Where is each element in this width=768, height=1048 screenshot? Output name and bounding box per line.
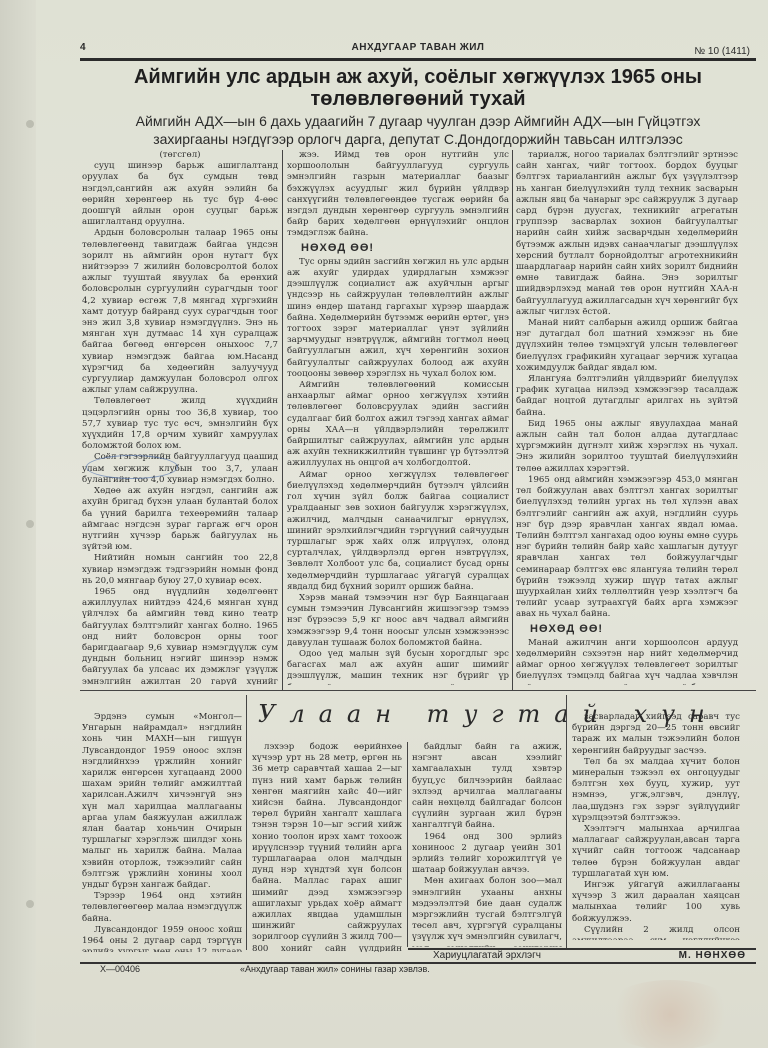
- subhead-line: Аймгийн АДХ—ын 6 дахь удаагийн 7 дугаар …: [80, 112, 756, 130]
- column-divider: [282, 150, 283, 690]
- paragraph: засварладаг хийгээд саравч тус бүрийн дэ…: [572, 712, 740, 757]
- paragraph: 1964 онд 300 эрлийз хониноос 2 дугаар үе…: [412, 832, 562, 877]
- paragraph: тариалж, ногоо тариалах бэлтгэлийг эртнэ…: [516, 150, 738, 318]
- headline-line: Аймгийн улс ардын аж ахуй, соёлыг хөгжүү…: [80, 66, 756, 88]
- paragraph: Ардын боловсролын талаар 1965 оны төлөвл…: [82, 228, 278, 396]
- paragraph: Хээлтэгч малынхаа арчилгаа маллагааг сай…: [572, 824, 740, 880]
- paragraph: Ялангуяа бэлтгэлийн үйлдвэрийг биелүүлэх…: [516, 374, 738, 419]
- paragraph: Хэрэв манай тэмээчин нэг бүр Баянцагаан …: [287, 593, 509, 649]
- story-column-4: засварладаг хийгээд саравч тус бүрийн дэ…: [572, 712, 740, 940]
- paragraph: Одоо үед малын зүй бусын хорогдлыг эрс б…: [287, 649, 509, 685]
- column-divider: [407, 742, 408, 947]
- ink-mark: [86, 455, 178, 479]
- binding-hole: [26, 120, 34, 128]
- headline-line: төлөвлөгөөний тухай: [80, 88, 756, 110]
- paragraph: Аймаг орноо хөгжүүлэх төлөвлөгөөг биелүү…: [287, 470, 509, 593]
- paper-stain: [600, 980, 740, 1048]
- paragraph: сууц шинээр барьж ашиглалтанд оруулах ба…: [82, 161, 278, 228]
- section-heading: НӨХӨД ӨӨ!: [301, 243, 509, 254]
- column-divider: [566, 695, 567, 950]
- article-column-1: (төгсгөл) сууц шинээр барьж ашиглалтанд …: [82, 150, 278, 685]
- binding-hole: [26, 520, 34, 528]
- paragraph: Төл ба эх малдаа хүчит болон минералын т…: [572, 757, 740, 824]
- paragraph: 1965 онд аймгийн хэмжээгээр 453,0 мянган…: [516, 475, 738, 621]
- paragraph: Хөдөө аж ахуйн нэгдэл, сангийн аж ахуйн …: [82, 486, 278, 553]
- paragraph: жээ. Иймд төв орон нутгийн улс хоршоолол…: [287, 150, 509, 240]
- print-code: Х—00406: [100, 964, 140, 974]
- paragraph: лэхээр бодож өөрийнхөө хүчээр урт нь 28 …: [252, 742, 402, 952]
- paragraph: Сүүлийн 2 жилд олсон амжилтаараа сум нэг…: [572, 925, 740, 940]
- issue-number: № 10 (1411): [694, 46, 750, 57]
- article-headline: Аймгийн улс ардын аж ахуй, соёлыг хөгжүү…: [80, 66, 756, 110]
- paragraph: Тэрээр 1964 онд хэтийн төлөвлөгөөгөөр ма…: [82, 891, 242, 925]
- subhead-line: захиргааны нэгдүгээр орлогч дарга, депут…: [80, 130, 756, 148]
- paragraph: Эрдэнэ сумын «Монгол—Унгарын найрамдал» …: [82, 712, 242, 891]
- story-column-2: лэхээр бодож өөрийнхөө хүчээр урт нь 28 …: [252, 742, 402, 952]
- article-column-2: жээ. Иймд төв орон нутгийн улс хоршоолол…: [287, 150, 509, 685]
- paragraph: Төлөвлөгөөт жилд хүүхдийн цэцэрлэгийн ор…: [82, 396, 278, 452]
- masthead: 4 АНХДУГААР ТАВАН ЖИЛ № 10 (1411): [80, 42, 756, 58]
- masthead-rule: [80, 58, 756, 61]
- paragraph: Бид 1965 оны ажлыг явуулахдаа манай ажлы…: [516, 419, 738, 475]
- footer: Х—00406 «Анхдугаар таван жил» сонины газ…: [100, 964, 760, 978]
- paragraph: Аймгийн төлөвлөгөөний комиссын анхаарлыг…: [287, 380, 509, 470]
- paragraph: Мөн ахигаах болон зоо—мал эмнэлгийн ухаа…: [412, 876, 562, 947]
- section-heading: НӨХӨД ӨӨ!: [530, 624, 738, 635]
- paragraph: байдлыг байн га ажиж, нэгэнт авсан хээли…: [412, 742, 562, 832]
- story-column-1: Эрдэнэ сумын «Монгол—Унгарын найрамдал» …: [82, 712, 242, 952]
- article-column-3: тариалж, ногоо тариалах бэлтгэлийг эртнэ…: [516, 150, 738, 685]
- column-divider: [246, 695, 247, 950]
- binding-hole: [26, 900, 34, 908]
- paragraph: Манай нийт салбарын ажилд оршиж байгаа н…: [516, 318, 738, 374]
- continued-label: (төгсгөл): [82, 150, 278, 161]
- paragraph: Ингэж уйгагүй ажиллагааны хүчээр 3 жил д…: [572, 880, 740, 925]
- paragraph: Тус орны эдийн засгийн хөгжил нь улс ард…: [287, 257, 509, 380]
- paragraph: 1965 онд нүүдлийн хөдөлгөөнт ажиллуулах …: [82, 587, 278, 685]
- column-divider: [512, 150, 513, 690]
- article-subhead: Аймгийн АДХ—ын 6 дахь удаагийн 7 дугаар …: [80, 112, 756, 148]
- story-column-3: байдлыг байн га ажиж, нэгэнт авсан хээли…: [412, 742, 562, 947]
- newspaper-name: АНХДУГААР ТАВАН ЖИЛ: [80, 42, 756, 53]
- newspaper-page: 4 АНХДУГААР ТАВАН ЖИЛ № 10 (1411) Аймгий…: [0, 0, 768, 1048]
- paragraph: Лувсандондог 1959 оноос хойш 1964 оны 2 …: [82, 925, 242, 952]
- printer-credit: «Анхдугаар таван жил» сонины газар хэвлэ…: [240, 964, 430, 974]
- editor-label: Хариуцлагатай эрхлэгч: [433, 950, 541, 961]
- paragraph: Нийтийн номын сангийн тоо 22,8 хувиар нэ…: [82, 553, 278, 587]
- editor-name: М. НӨНХӨӨ: [679, 950, 746, 961]
- section-divider: [80, 690, 756, 691]
- paragraph: Манай ажилчин анги хоршоолсон ардууд хөд…: [516, 638, 738, 685]
